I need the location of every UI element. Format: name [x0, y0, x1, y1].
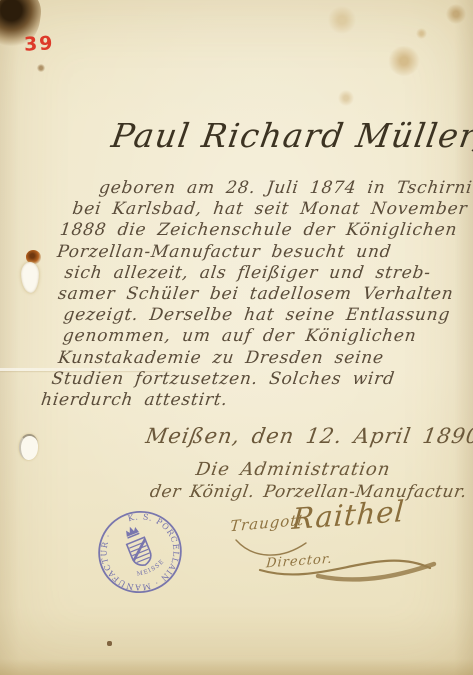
foxing-spot: [416, 28, 427, 39]
paper-repair-patch: [21, 262, 39, 293]
dateline: Meißen, den 12. April 1890.: [144, 424, 473, 448]
foxing-spot: [328, 6, 356, 34]
foxing-spot: [446, 4, 466, 24]
foxing-spot: [338, 90, 354, 106]
body-line: gezeigt. Derselbe hat seine Entlassung: [62, 305, 466, 326]
crown-icon: [124, 524, 140, 539]
archival-page-number: 39: [23, 32, 55, 56]
rust-spot: [26, 250, 41, 264]
body-line: sich allezeit, als fleißiger und streb-: [63, 263, 471, 284]
body-line: Porzellan-Manufactur besucht und: [56, 242, 473, 263]
hole-punch-repair: [19, 434, 38, 460]
body-paragraph: geboren am 28. Juli 1874 in Tschirnitz b…: [38, 178, 473, 411]
ink-dot: [107, 641, 112, 646]
body-line: geboren am 28. Juli 1874 in Tschirnitz: [98, 178, 473, 199]
saxon-shield-icon: [127, 537, 154, 568]
closing-administration: Die Administration: [194, 459, 392, 480]
stain-speck: [37, 64, 45, 72]
document-title: Paul Richard Müller,: [109, 116, 473, 155]
document-page: 39 Paul Richard Müller, geboren am 28. J…: [0, 0, 473, 675]
body-line: Kunstakademie zu Dresden seine: [57, 348, 461, 369]
body-line: Studien fortzusetzen. Solches wird: [50, 369, 458, 390]
body-line: hierdurch attestirt.: [40, 390, 456, 411]
body-line: samer Schüler bei tadellosem Verhalten: [57, 284, 469, 305]
body-line: 1888 die Zeichenschule der Königlichen: [59, 220, 473, 241]
body-line: bei Karlsbad, hat seit Monat November: [71, 199, 473, 220]
manufactory-stamp: K. S. PORCELLAIN · MANUFACTUR · MEISSEN: [76, 490, 204, 615]
stamp-graphic: K. S. PORCELLAIN · MANUFACTUR · MEISSEN: [76, 490, 204, 615]
foxing-spot: [388, 46, 420, 76]
body-line: genommen, um auf der Königlichen: [61, 326, 463, 347]
signature-block: Traugott Raithel Director.: [226, 498, 438, 598]
